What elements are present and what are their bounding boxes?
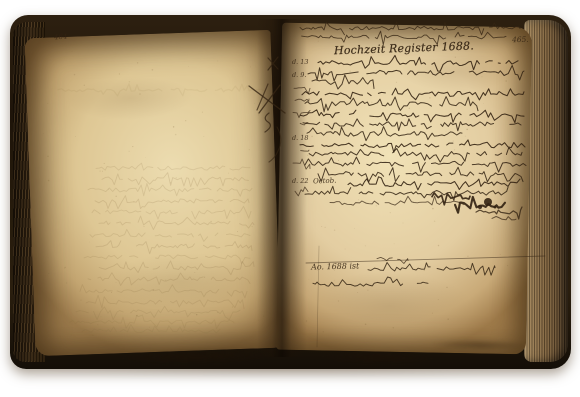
margin-date: d. 22	[292, 177, 309, 185]
margin-date: d. 13	[292, 58, 309, 66]
left-page-number: 464	[54, 33, 68, 42]
photo-scene: 464 465. Hochzeit Register 1688. d. 13d.…	[0, 0, 580, 397]
margin-date: d. 18	[292, 134, 309, 142]
left-page	[25, 30, 282, 356]
right-page-number: 465.	[512, 35, 529, 45]
month-label: Octob.	[313, 177, 337, 186]
right-page	[276, 23, 532, 355]
margin-date: d. 9.	[292, 71, 307, 79]
book-gutter	[257, 19, 307, 357]
note-prefix: Ao. 1688 ist	[311, 261, 360, 271]
